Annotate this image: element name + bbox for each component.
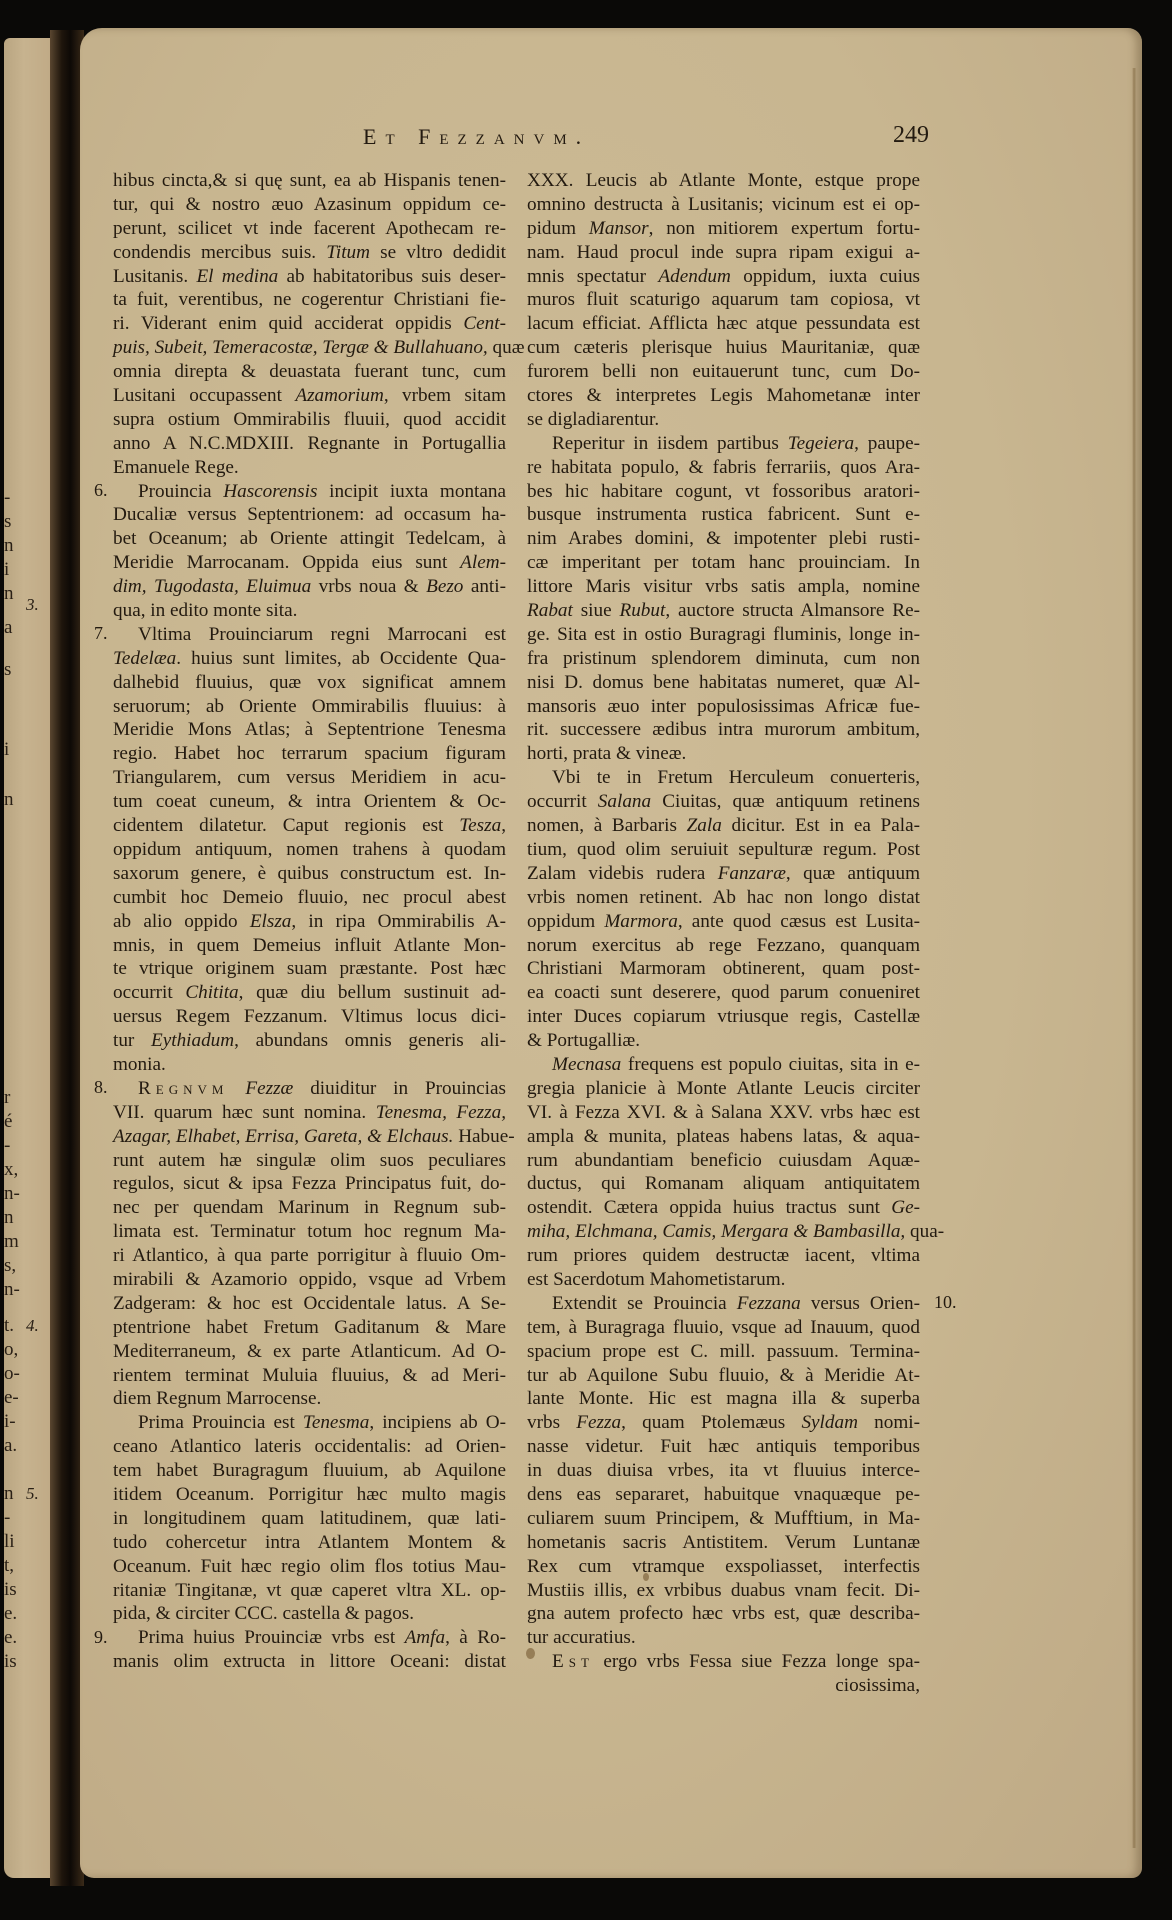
text-line: Ducaliæ versus Septentrionem: ad occasum… [113, 503, 506, 527]
text-line: Lusitanis. El medina ab habitatoribus su… [113, 265, 506, 289]
text-line: tur ab Aquilone Subu fluuio, & à Meridie… [527, 1364, 920, 1388]
adjacent-page-marginal-number: 3. [26, 595, 39, 615]
text-line: Tedelæa. huius sunt limites, ab Occident… [113, 647, 506, 671]
page-number: 249 [893, 122, 929, 149]
text-line: bes hic habitare cogunt, vt fossoribus a… [527, 480, 920, 504]
text-line: tium, quod olim seruiuit sepulturæ regum… [527, 838, 920, 862]
text-line: furorem belli non euitauerunt tunc, cum … [527, 360, 920, 384]
text-line: ductus, qui Romanam aliquam antiquitatem [527, 1172, 920, 1196]
text-line: seruorum; ab Oriente Ommirabilis fluuius… [113, 695, 506, 719]
text-line: lante Monte. Hic est magna illa & superb… [527, 1387, 920, 1411]
text-line: Meridie Marrocanam. Oppida eius sunt Ale… [113, 551, 506, 575]
text-line: ostendit. Cætera oppida huius tractus su… [527, 1196, 920, 1220]
text-line: tur Eythiadum, abundans omnis generis al… [113, 1029, 506, 1053]
text-line: Mustiis illis, ex vrbibus duabus vnam fe… [527, 1579, 920, 1603]
text-line: bet Oceanum; ab Oriente attingit Tedelca… [113, 527, 506, 551]
text-line: condendis mercibus suis. Titum se vltro … [113, 241, 506, 265]
text-line: mnis, in quem Demeius influit Atlante Mo… [113, 934, 506, 958]
text-line: dalhebid fluuius, quæ vox significat amn… [113, 671, 506, 695]
text-line: nomen, à Barbaris Zala dicitur. Est in e… [527, 814, 920, 838]
text-line: occurrit Salana Ciuitas, quæ antiquum re… [527, 790, 920, 814]
text-line: re habitata populo, & fabris ferrariis, … [527, 456, 920, 480]
adjacent-page-text-fragment: n [4, 1208, 14, 1227]
text-line: Christiani Marmoram obtinerent, quam pos… [527, 957, 920, 981]
text-line: Prouincia Hascorensis incipit iuxta mont… [113, 480, 506, 504]
text-line: ea coacti sunt deserere, quod parum conu… [527, 981, 920, 1005]
text-line: ciosissima, [527, 1674, 920, 1698]
adjacent-page-text-fragment: o, [4, 1340, 18, 1359]
text-line: diem Regnum Marrocense. [113, 1387, 506, 1411]
text-line: Vltima Prouinciarum regni Marrocani est [113, 623, 506, 647]
text-line: & Portugalliæ. [527, 1029, 920, 1053]
text-line: cæ imperitant per totam hanc prouinciam.… [527, 551, 920, 575]
text-line: culiarem suum Principem, & Mufftium, in … [527, 1507, 920, 1531]
text-line: Emanuele Rege. [113, 456, 506, 480]
text-line: regulos, sicut & ipsa Fezza Principatus … [113, 1172, 506, 1196]
running-head: Et Fezzanvm. [363, 124, 590, 150]
marginal-paragraph-number: 9. [94, 1627, 108, 1648]
text-line: Rabat siue Rubut, auctore structa Almans… [527, 599, 920, 623]
text-line: saxorum genere, è quibus constructum est… [113, 862, 506, 886]
adjacent-page-text-fragment: e. [4, 1604, 17, 1623]
text-line: ritaniæ Tingitanæ, vt quæ caperet vltra … [113, 1579, 506, 1603]
text-line: Oceanum. Fuit hæc regio olim flos totius… [113, 1555, 506, 1579]
adjacent-page-text-fragment: i- [4, 1412, 16, 1431]
text-line: tum coeat cuneum, & intra Orientem & Oc- [113, 790, 506, 814]
adjacent-page-text-fragment: é [4, 1112, 12, 1131]
adjacent-page-text-fragment: n [4, 536, 14, 555]
right-text-column: XXX. Leucis ab Atlante Monte, estque pro… [527, 169, 920, 1698]
adjacent-page-left: -sninasinré-x,n-nms,n-t.o,o-e-i-a.n-lit,… [4, 38, 54, 1878]
text-line: puis, Subeit, Temeracostæ, Tergæ & Bulla… [113, 336, 506, 360]
adjacent-page-text-fragment: e- [4, 1388, 19, 1407]
text-line: anno A N.C.MDXIII. Regnante in Portugall… [113, 432, 506, 456]
text-line: XXX. Leucis ab Atlante Monte, estque pro… [527, 169, 920, 193]
text-line: ri Atlantico, à qua parte porrigitur à f… [113, 1244, 506, 1268]
text-line: VI. à Fezza XVI. & à Salana XXV. vrbs hæ… [527, 1101, 920, 1125]
text-line: ceano Atlantico lateris occidentalis: ad… [113, 1435, 506, 1459]
adjacent-page-text-fragment: x, [4, 1160, 18, 1179]
book-gutter-shadow [50, 30, 84, 1886]
text-line: Zalam videbis rudera Fanzaræ, quæ antiqu… [527, 862, 920, 886]
text-line: ri. Viderant enim quid acciderat oppidis… [113, 312, 506, 336]
text-line: perunt, scilicet vt inde facerent Apothe… [113, 217, 506, 241]
marginal-paragraph-number: 7. [94, 623, 108, 644]
text-line: Triangularem, cum versus Meridiem in acu… [113, 766, 506, 790]
text-line: Zadgeram: & hoc est Occidentale latus. A… [113, 1292, 506, 1316]
text-line: gregia planicie à Monte Atlante Leucis c… [527, 1077, 920, 1101]
ink-stain [643, 1573, 649, 1581]
text-line: rientem terminat Muluia fluuius, & ad Me… [113, 1364, 506, 1388]
text-line: ge. Sita est in ostio Buragragi fluminis… [527, 623, 920, 647]
adjacent-page-text-fragment: n- [4, 1280, 20, 1299]
text-line: ta fuit, verentibus, ne cogerentur Chris… [113, 288, 506, 312]
text-line: hibus cincta,& si quę sunt, ea ab Hispan… [113, 169, 506, 193]
text-line: runt autem hæ singulæ olim suos peculiar… [113, 1149, 506, 1173]
adjacent-page-text-fragment: li [4, 1532, 15, 1551]
text-line: Prima huius Prouinciæ vrbs est Amfa, à R… [113, 1626, 506, 1650]
text-line: Prima Prouincia est Tenesma, incipiens a… [113, 1411, 506, 1435]
text-line: nec per quendam Marinum in Regnum sub- [113, 1196, 506, 1220]
adjacent-page-text-fragment: - [4, 1136, 10, 1155]
text-line: tem habet Buragragum fluuium, ab Aquilon… [113, 1459, 506, 1483]
text-line: vrbs Fezza, quam Ptolemæus Syldam nomi- [527, 1411, 920, 1435]
text-line: spacium prope est C. mill. passuum. Term… [527, 1340, 920, 1364]
page-edge-shading [1132, 68, 1136, 1848]
adjacent-page-text-fragment: o- [4, 1364, 20, 1383]
text-line: ab alio oppido Elsza, in ripa Ommirabili… [113, 910, 506, 934]
text-line: est Sacerdotum Mahometistarum. [527, 1268, 920, 1292]
text-line: gna autem profecto hæc vrbs est, quæ des… [527, 1602, 920, 1626]
text-line: itidem Oceanum. Porrigitur hæc multo mag… [113, 1483, 506, 1507]
text-line: Extendit se Prouincia Fezzana versus Ori… [527, 1292, 920, 1316]
text-line: ptentrione habet Fretum Gaditanum & Mare [113, 1316, 506, 1340]
marginal-paragraph-number: 10. [934, 1292, 957, 1313]
text-line: rit. successere ædibus intra murorum amb… [527, 718, 920, 742]
adjacent-page-text-fragment: is [4, 1580, 17, 1599]
text-line: Regnvm Fezzæ diuiditur in Prouincias [113, 1077, 506, 1101]
text-line: lacum efficiat. Afflicta hæc atque pessu… [527, 312, 920, 336]
text-line: Reperitur in iisdem partibus Tegeiera, p… [527, 432, 920, 456]
text-line: qua, in edito monte sita. [113, 599, 506, 623]
text-line: Mediterraneum, & ex parte Atlanticum. Ad… [113, 1340, 506, 1364]
text-line: Vbi te in Fretum Herculeum conuerteris, [527, 766, 920, 790]
adjacent-page-text-fragment: - [4, 1508, 10, 1527]
adjacent-page-marginal-number: 5. [26, 1484, 39, 1504]
text-line: omnia direpta & deuastata fuerant tunc, … [113, 360, 506, 384]
adjacent-page-text-fragment: is [4, 1652, 17, 1671]
text-line: mnis spectatur Adendum oppidum, iuxta cu… [527, 265, 920, 289]
ink-stain [526, 1648, 535, 1659]
adjacent-page-text-fragment: n [4, 790, 14, 809]
text-line: omnino destructa à Lusitanis; vicinum es… [527, 193, 920, 217]
adjacent-page-text-fragment: i [4, 560, 9, 579]
text-line: cidentem dilatetur. Caput regionis est T… [113, 814, 506, 838]
text-line: tur accuratius. [527, 1626, 920, 1650]
text-line: te vtrique originem suam præstante. Post… [113, 957, 506, 981]
text-line: supra ostium Ommirabilis fluuii, quod ac… [113, 408, 506, 432]
left-text-column: hibus cincta,& si quę sunt, ea ab Hispan… [113, 169, 506, 1674]
adjacent-page-text-fragment: i [4, 740, 9, 759]
text-line: limata est. Terminatur totum hoc regnum … [113, 1220, 506, 1244]
text-line: norum exercitus ab rege Fezzano, quanqua… [527, 934, 920, 958]
text-line: muros fluit scaturigo aquarum tam copios… [527, 288, 920, 312]
marginal-paragraph-number: 8. [94, 1077, 108, 1098]
text-line: dim, Tugodasta, Eluimua vrbs noua & Bezo… [113, 575, 506, 599]
adjacent-page-marginal-number: 4. [26, 1316, 39, 1336]
text-line: oppidum antiquum, nomen trahens à quodam [113, 838, 506, 862]
text-line: ctores & interpretes Legis Mahometanæ in… [527, 384, 920, 408]
text-line: VII. quarum hæc sunt nomina. Tenesma, Fe… [113, 1101, 506, 1125]
marginal-paragraph-number: 6. [94, 480, 108, 501]
text-line: nasse videtur. Fuit hæc antiquis tempori… [527, 1435, 920, 1459]
adjacent-page-text-fragment: - [4, 488, 10, 507]
text-line: miha, Elchmana, Camis, Mergara & Bambasi… [527, 1220, 920, 1244]
text-line: pida, & circiter CCC. castella & pagos. [113, 1602, 506, 1626]
adjacent-page-text-fragment: s [4, 660, 11, 679]
adjacent-page-text-fragment: a [4, 618, 12, 637]
text-line: Meridie Mons Atlas; à Septentrione Tenes… [113, 718, 506, 742]
text-line: cum cæteris plerisque huius Mauritaniæ, … [527, 336, 920, 360]
text-line: littore Maris visitur vrbs satis ampla, … [527, 575, 920, 599]
text-line: nam. Haud procul inde supra ripam exigui… [527, 241, 920, 265]
text-line: dens eas separaret, habuitque vnaquæque … [527, 1483, 920, 1507]
text-line: Mecnasa frequens est populo ciuitas, sit… [527, 1053, 920, 1077]
text-line: fra pristinum splendorem diminuta, cum n… [527, 647, 920, 671]
text-line: uersus Regem Fezzanum. Vltimus locus dic… [113, 1005, 506, 1029]
adjacent-page-text-fragment: n- [4, 1184, 20, 1203]
text-line: nim Arabes domini, & impotenter plebi ru… [527, 527, 920, 551]
text-line: Est ergo vrbs Fessa siue Fezza longe spa… [527, 1650, 920, 1674]
adjacent-page-text-fragment: m [4, 1232, 19, 1251]
text-line: mansoris æuo inter populosissimas Africæ… [527, 695, 920, 719]
text-line: monia. [113, 1053, 506, 1077]
text-line: tudo cohercetur intra Atlantem Montem & [113, 1531, 506, 1555]
text-line: pidum Mansor, non mitiorem expertum fort… [527, 217, 920, 241]
text-line: horti, prata & vineæ. [527, 742, 920, 766]
text-line: tur, qui & nostro æuo Azasinum oppidum c… [113, 193, 506, 217]
text-line: nisi D. domus bene habitatas numeret, qu… [527, 671, 920, 695]
adjacent-page-text-fragment: t, [4, 1556, 14, 1575]
text-line: inter Duces copiarum vtriusque regis, Ca… [527, 1005, 920, 1029]
text-line: hometanis sacris Antistitem. Verum Lunta… [527, 1531, 920, 1555]
text-line: se digladiarentur. [527, 408, 920, 432]
text-line: ampla & munita, plateas habens latas, & … [527, 1125, 920, 1149]
text-line: tem, à Buragraga fluuio, vsque ad Inauum… [527, 1316, 920, 1340]
adjacent-page-text-fragment: t. [4, 1316, 14, 1335]
adjacent-page-text-fragment: n [4, 1484, 14, 1503]
text-line: regio. Habet hoc terrarum spacium figura… [113, 742, 506, 766]
text-line: Azagar, Elhabet, Errisa, Gareta, & Elcha… [113, 1125, 506, 1149]
text-line: Rex cum vtramque exspoliasset, interfect… [527, 1555, 920, 1579]
text-line: busque instrumenta rustica fabricent. Su… [527, 503, 920, 527]
text-line: manis olim extructa in littore Oceani: d… [113, 1650, 506, 1674]
text-line: rum priores quidem destructæ iacent, vlt… [527, 1244, 920, 1268]
adjacent-page-text-fragment: s, [4, 1256, 16, 1275]
adjacent-page-text-fragment: r [4, 1088, 10, 1107]
text-line: rum abundantiam beneficio cuiusdam Aquæ- [527, 1149, 920, 1173]
text-line: Lusitani occupassent Azamorium, vrbem si… [113, 384, 506, 408]
adjacent-page-text-fragment: n [4, 584, 14, 603]
text-line: mirabili & Azamorio oppido, vsque ad Vrb… [113, 1268, 506, 1292]
text-line: cumbit hoc Demeio fluuio, nec procul abe… [113, 886, 506, 910]
adjacent-page-text-fragment: e. [4, 1628, 17, 1647]
text-line: oppidum Marmora, ante quod cæsus est Lus… [527, 910, 920, 934]
text-line: occurrit Chitita, quæ diu bellum sustinu… [113, 981, 506, 1005]
text-line: in duas diuisa vrbes, ita vt fluuius int… [527, 1459, 920, 1483]
text-line: in longitudinem quam latitudinem, quæ la… [113, 1507, 506, 1531]
text-line: vrbis nomen retinent. Ab hac non longo d… [527, 886, 920, 910]
adjacent-page-text-fragment: a. [4, 1436, 17, 1455]
adjacent-page-text-fragment: s [4, 512, 11, 531]
